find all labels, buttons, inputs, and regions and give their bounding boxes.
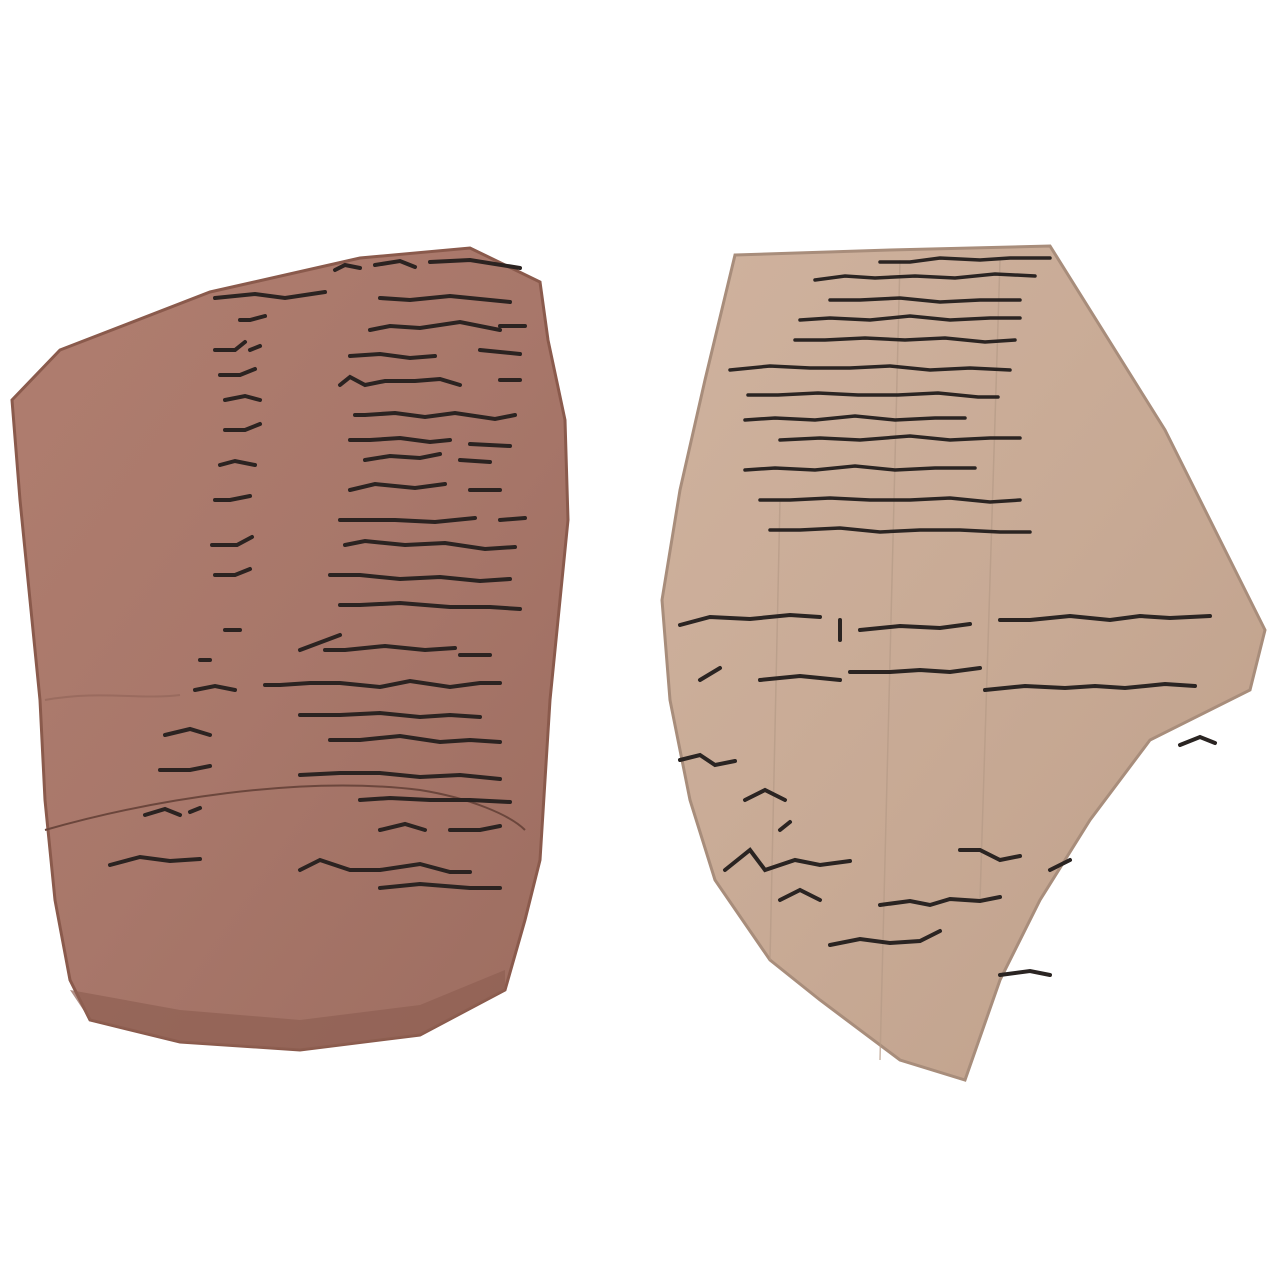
ostraca-illustration [0,0,1280,1280]
photo-scene: Two inscribed pottery ostraca with black… [0,0,1280,1280]
right-ostracon [662,246,1265,1080]
left-ostracon [12,248,568,1050]
